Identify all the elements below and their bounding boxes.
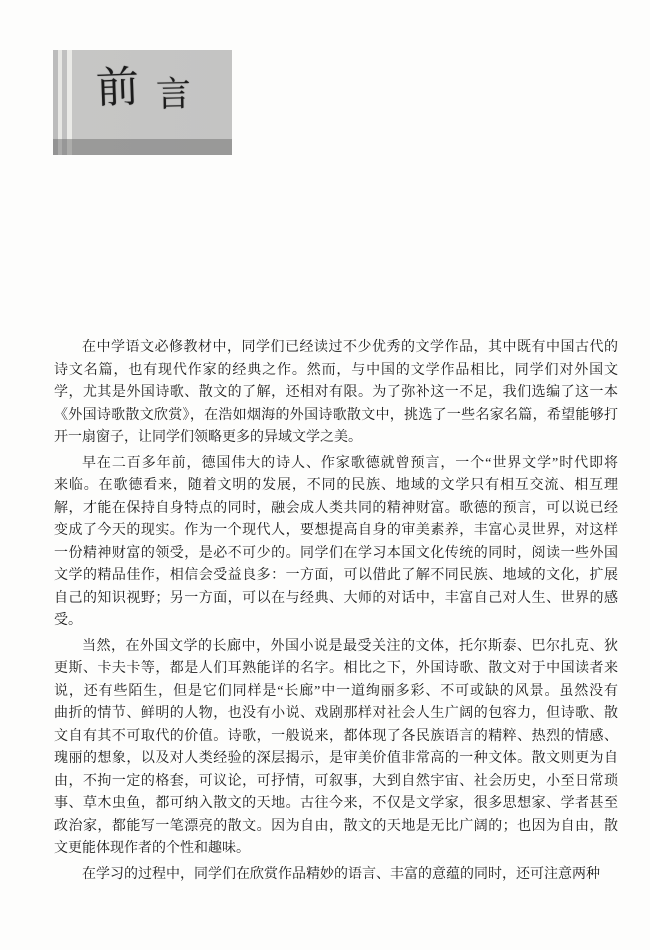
text-line: 由，不拘一定的格套，可议论，可抒情，可叙事，大到自然宇宙、社会历史，小至日常琐 xyxy=(54,771,618,794)
scanned-book-page: 前 言 在中学语文必修教材中，同学们已经读过不少优秀的文学作品，其中既有中国古代… xyxy=(0,0,650,950)
banner-bottom-bar xyxy=(53,139,232,155)
text-line: 当然，在外国文学的长廊中，外国小说是最受关注的文体，托尔斯泰、巴尔扎克、狄 xyxy=(54,636,618,659)
preface-banner: 前 言 xyxy=(53,50,232,155)
text-line: 开一扇窗子，让同学们领略更多的异域文学之美。 xyxy=(54,427,618,450)
text-line: 诗文名篇，也有现代作家的经典之作。然而，与中国的文学作品相比，同学们对外国文 xyxy=(54,360,618,383)
text-line: 政治家，都能写一笔漂亮的散文。因为自由，散文的天地是无比广阔的；也因为自由，散 xyxy=(54,816,618,839)
text-line: 文学的精品佳作，相信会受益良多：一方面，可以借此了解不同民族、地域的文化，扩展 xyxy=(54,565,618,588)
preface-title-char-yan: 言 xyxy=(156,78,192,114)
text-line: 更斯、卡夫卡等，都是人们耳熟能详的名字。相比之下，外国诗歌、散文对于中国读者来 xyxy=(54,658,618,681)
text-line: 学，尤其是外国诗歌、散文的了解，还相对有限。为了弥补这一不足，我们选编了这一本 xyxy=(54,382,618,405)
paragraph: 在中学语文必修教材中，同学们已经读过不少优秀的文学作品，其中既有中国古代的诗文名… xyxy=(54,337,618,450)
text-line: 早在二百多年前，德国伟大的诗人、作家歌德就曾预言，一个“世界文学”时代即将 xyxy=(54,453,618,476)
paragraph: 在学习的过程中，同学们在欣赏作品精妙的语言、丰富的意蕴的同时，还可注意两种 xyxy=(54,864,618,887)
preface-body-text: 在中学语文必修教材中，同学们已经读过不少优秀的文学作品，其中既有中国古代的诗文名… xyxy=(54,337,618,886)
text-line: 受。 xyxy=(54,610,618,633)
text-line: 解，才能在保持自身特点的同时，融会成人类共同的精神财富。歌德的预言，可以说已经 xyxy=(54,498,618,521)
preface-title-char-qian: 前 xyxy=(95,66,139,110)
text-line: 自己的知识视野；另一方面，可以在与经典、大师的对话中，丰富自己对人生、世界的感 xyxy=(54,588,618,611)
text-line: 文更能体现作者的个性和趣味。 xyxy=(54,838,618,861)
text-line: 在中学语文必修教材中，同学们已经读过不少优秀的文学作品，其中既有中国古代的 xyxy=(54,337,618,360)
paragraph: 当然，在外国文学的长廊中，外国小说是最受关注的文体，托尔斯泰、巴尔扎克、狄更斯、… xyxy=(54,636,618,861)
text-line: 事、草木虫鱼，都可纳入散文的天地。古往今来，不仅是文学家，很多思想家、学者甚至 xyxy=(54,793,618,816)
text-line: 变成了今天的现实。作为一个现代人，要想提高自身的审美素养，丰富心灵世界，对这样 xyxy=(54,520,618,543)
text-line: 文自有其不可取代的价值。诗歌，一般说来，都体现了各民族语言的精粹、热烈的情感、 xyxy=(54,726,618,749)
text-line: 说，还有些陌生，但是它们同样是“长廊”中一道绚丽多彩、不可或缺的风景。虽然没有 xyxy=(54,681,618,704)
text-line: 曲折的情节、鲜明的人物，也没有小说、戏剧那样对社会人生广阔的包容力，但诗歌、散 xyxy=(54,703,618,726)
text-line: 来临。在歌德看来，随着文明的发展，不同的民族、地域的文学只有相互交流、相互理 xyxy=(54,475,618,498)
paragraph: 早在二百多年前，德国伟大的诗人、作家歌德就曾预言，一个“世界文学”时代即将来临。… xyxy=(54,453,618,633)
text-line: 在学习的过程中，同学们在欣赏作品精妙的语言、丰富的意蕴的同时，还可注意两种 xyxy=(54,864,618,887)
text-line: 瑰丽的想象，以及对人类经验的深层揭示，是审美价值非常高的一种文体。散文则更为自 xyxy=(54,748,618,771)
text-line: 一份精神财富的领受，是必不可少的。同学们在学习本国文化传统的同时，阅读一些外国 xyxy=(54,543,618,566)
text-line: 《外国诗歌散文欣赏》，在浩如烟海的外国诗歌散文中，挑选了一些名家名篇，希望能够打 xyxy=(54,405,618,428)
